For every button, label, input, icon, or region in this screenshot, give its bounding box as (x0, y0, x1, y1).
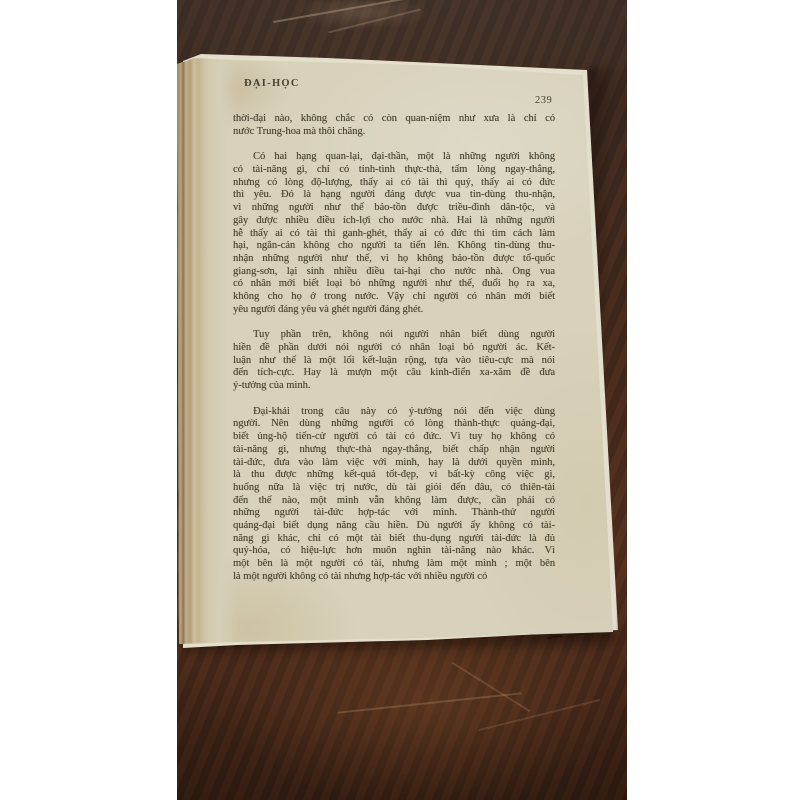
text-line: có tài-năng gì, chỉ có tính-tình thực-th… (233, 164, 555, 177)
paragraph: thời-đại nào, không chắc có còn quan-niệ… (233, 113, 555, 138)
text-line: Có hai hạng quan-lại, đại-thần, một là n… (233, 151, 555, 164)
text-line: một bên là một người có tài, nhưng làm m… (233, 558, 555, 571)
text-line: đến thế nào, một mình vẫn không làm được… (233, 495, 555, 508)
text-line: có nhân mới biết loại bỏ những người như… (233, 278, 555, 291)
text-line: huống nữa là việc trị nước, dù tài giỏi … (233, 482, 555, 495)
text-line: nhận những người như thế, vì họ không bả… (233, 253, 555, 266)
book-page: ĐẠI-HỌC 239 thời-đại nào, không chắc có … (177, 52, 621, 652)
page-text: thời-đại nào, không chắc có còn quan-niệ… (233, 113, 555, 583)
page-number: 239 (535, 95, 552, 106)
text-line: những người tài-đức hợp-tác với mình. Th… (233, 507, 555, 520)
text-line: luận như thế là một lối kết-luận rộng, t… (233, 355, 555, 368)
text-line: nhưng có lòng độ-lượng, thấy ai có tài t… (233, 177, 555, 190)
page-edge-stack (177, 52, 239, 652)
text-line: ý-tưởng của mình. (233, 380, 555, 393)
text-line: Đại-khái trong câu này có ý-tưởng nói đế… (233, 406, 555, 419)
text-line: đến tích-cực. Hay là mượn một câu kinh-đ… (233, 367, 555, 380)
text-line: là thu được những kết-quả tốt-đẹp, vì bấ… (233, 469, 555, 482)
text-line: nước Trung-hoa mà thôi chăng. (233, 126, 555, 139)
text-line: hiền đề phần dưới nói người có nhân loại… (233, 342, 555, 355)
text-line: yêu người đáng yêu và ghét người đáng gh… (233, 304, 555, 317)
paragraph: Tuy phần trên, không nói người nhân biết… (233, 329, 555, 392)
text-line: thời-đại nào, không chắc có còn quan-niệ… (233, 113, 555, 126)
text-line: Tuy phần trên, không nói người nhân biết… (233, 329, 555, 342)
book-photo: ĐẠI-HỌC 239 thời-đại nào, không chắc có … (177, 0, 627, 800)
text-line: là một người không có tài nhưng hợp-tác … (233, 571, 555, 584)
text-line: giang-sơn, lại sinh nhiều điều tai-hại c… (233, 266, 555, 279)
text-line: thì yêu. Đó là hạng người đáng được vua … (233, 189, 555, 202)
text-line: hễ thấy ai có tài thì ganh-ghét, thấy ai… (233, 228, 555, 241)
text-line: gây được nhiều điều ích-lợi cho nước nhà… (233, 215, 555, 228)
text-line: biết ủng-hộ tiến-cử người có tài có đức.… (233, 431, 555, 444)
text-line: người. Nên dùng những người có lòng thàn… (233, 418, 555, 431)
running-header: ĐẠI-HỌC (244, 78, 300, 89)
text-line: vì những người như thế bảo-tồn được triề… (233, 202, 555, 215)
paragraph: Có hai hạng quan-lại, đại-thần, một là n… (233, 151, 555, 316)
text-line: năng gì khác, chỉ có một tài biết thu-dụ… (233, 533, 555, 546)
text-line: hại, ngăn-cản không cho người ta tiến lê… (233, 240, 555, 253)
paragraph: Đại-khái trong câu này có ý-tưởng nói đế… (233, 406, 555, 584)
text-line: không cho họ ở trong nước. Vậy chỉ người… (233, 291, 555, 304)
text-line: tài-năng gì, nhưng thực-thà ngay-thẳng, … (233, 444, 555, 457)
text-line: tài-đức, đưa vào làm việc với mình, hay … (233, 457, 555, 470)
text-line: quý-hóa, có hiệu-lực hơn muôn nghìn tài-… (233, 545, 555, 558)
text-line: quảng-đại biết dụng năng cầu hiền. Dù ng… (233, 520, 555, 533)
open-book: ĐẠI-HỌC 239 thời-đại nào, không chắc có … (177, 52, 621, 652)
